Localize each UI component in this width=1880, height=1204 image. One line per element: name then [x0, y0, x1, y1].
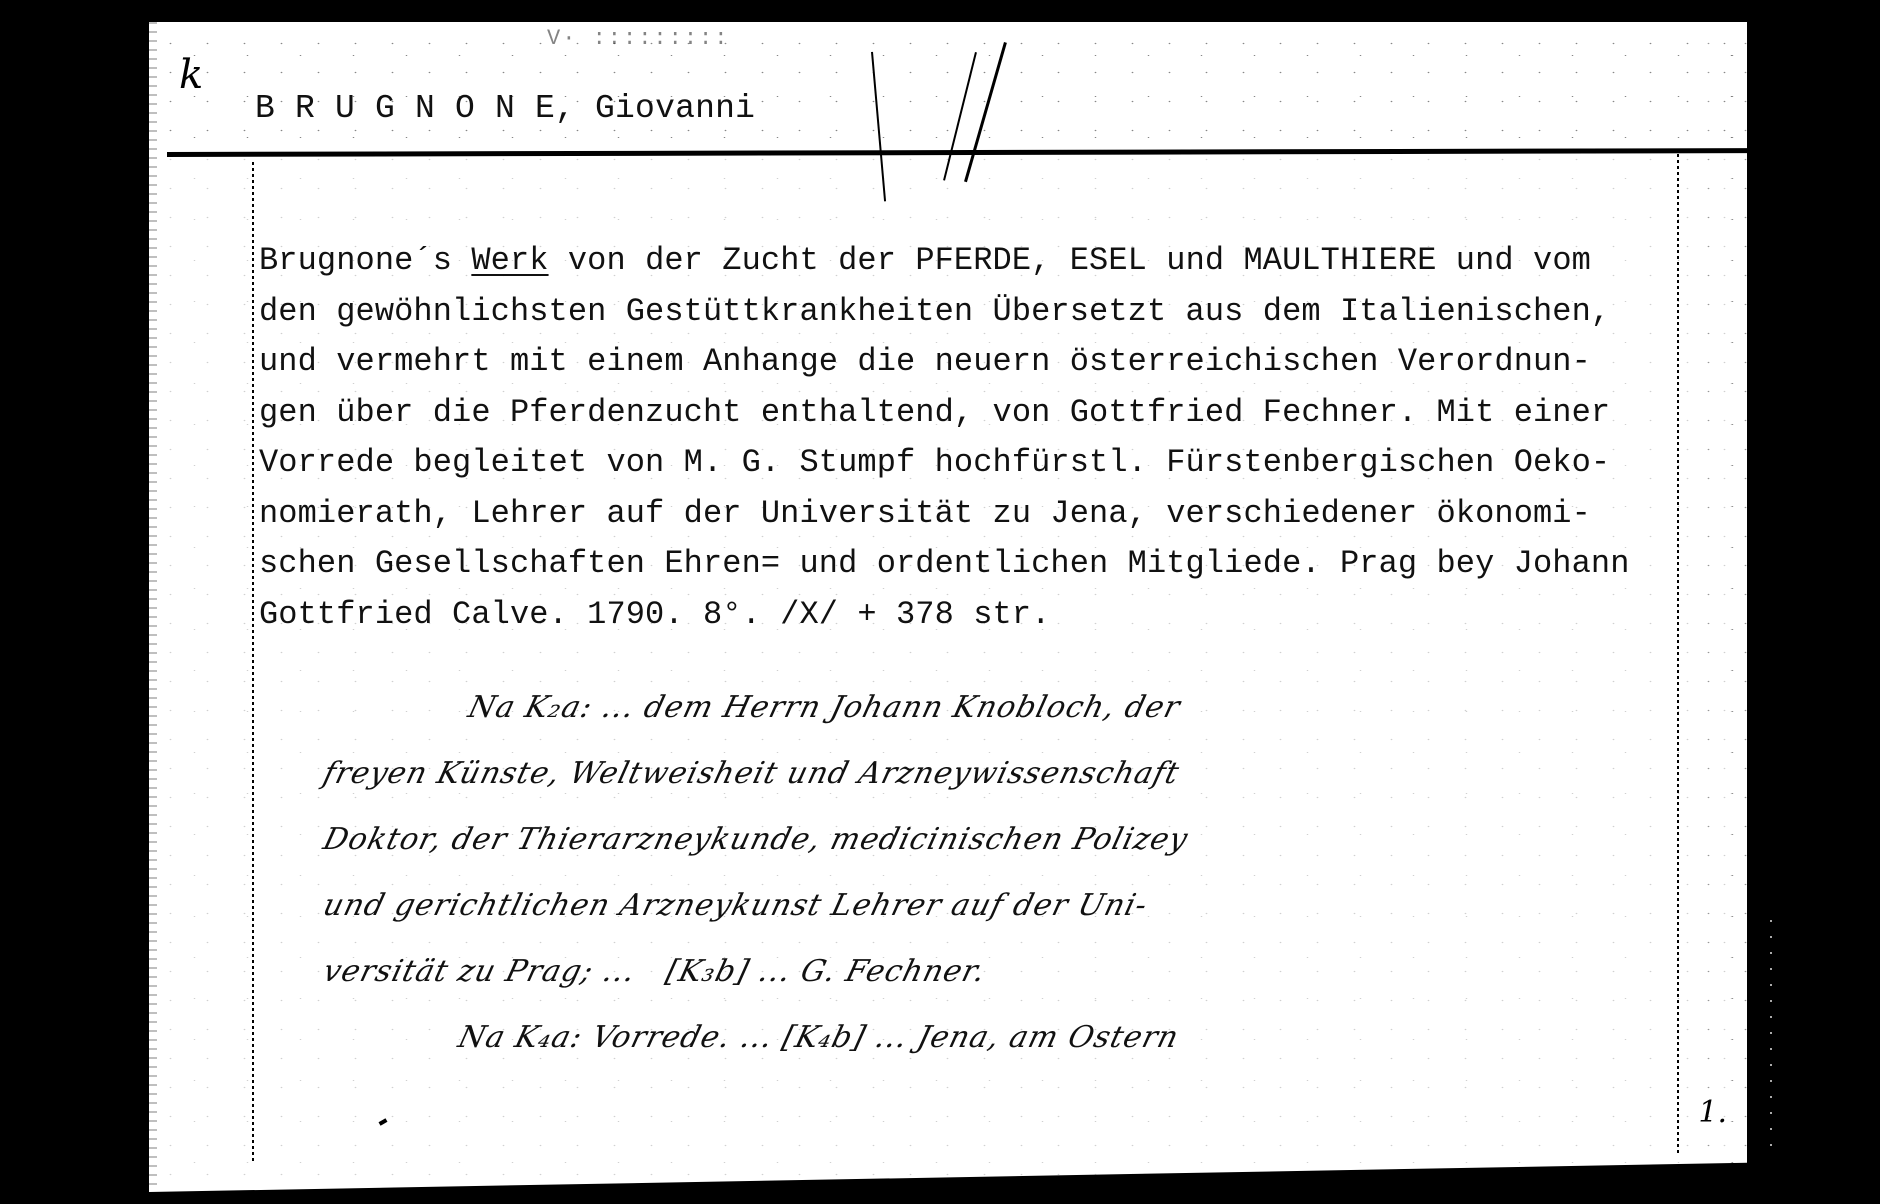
header-divider [167, 148, 1747, 157]
handwritten-line: und gerichtlichen Arzneykunst Lehrer auf… [320, 888, 1152, 923]
ink-speck [379, 1118, 388, 1125]
catalog-card: k V· ::::::::: B R U G N O N E, Giovanni… [149, 22, 1747, 1192]
handwritten-line: freyen Künste, Weltweisheit und Arzneywi… [320, 756, 1184, 791]
typed-line: den gewöhnlichsten Gestüttkrankheiten Üb… [259, 287, 1719, 338]
typed-line: gen über die Pferdenzucht enthaltend, vo… [259, 388, 1719, 439]
handwritten-line: versität zu Prag; ... [K₃b] ... G. Fechn… [320, 954, 990, 989]
pencil-stroke [964, 42, 1007, 182]
typed-line: Vorrede begleitet von M. G. Stumpf hochf… [259, 438, 1719, 489]
corner-handwritten-mark: k [179, 52, 203, 98]
scan-noise-top [149, 22, 1747, 152]
faded-stamp: V· ::::::::: [547, 26, 729, 51]
underlined-word: Werk [471, 242, 548, 279]
typed-line: Gottfried Calve. 1790. 8°. /X/ + 378 str… [259, 590, 1719, 641]
typed-line: schen Gesellschaften Ehren= und ordentli… [259, 539, 1719, 590]
pencil-stroke [871, 52, 886, 202]
typed-line: und vermehrt mit einem Anhange die neuer… [259, 337, 1719, 388]
card-heading-author: B R U G N O N E, Giovanni [255, 90, 755, 127]
handwritten-line: Doktor, der Thierarzneykunde, medicinisc… [320, 822, 1192, 857]
typed-line: nomierath, Lehrer auf der Universität zu… [259, 489, 1719, 540]
left-margin-line [252, 162, 254, 1162]
typed-line: Brugnone´s Werk von der Zucht der PFERDE… [259, 236, 1719, 287]
card-edge [149, 22, 157, 1192]
scan-artifact-dots [1770, 920, 1772, 1160]
handwritten-line: Na K₂a: ... dem Herrn Johann Knobloch, d… [465, 690, 1185, 725]
page-number-mark: 1. [1698, 1095, 1727, 1130]
typed-bibliographic-entry: Brugnone´s Werk von der Zucht der PFERDE… [259, 236, 1719, 640]
handwritten-line: Na K₄a: Vorrede. ... [K₄b] ... Jena, am … [455, 1020, 1183, 1055]
